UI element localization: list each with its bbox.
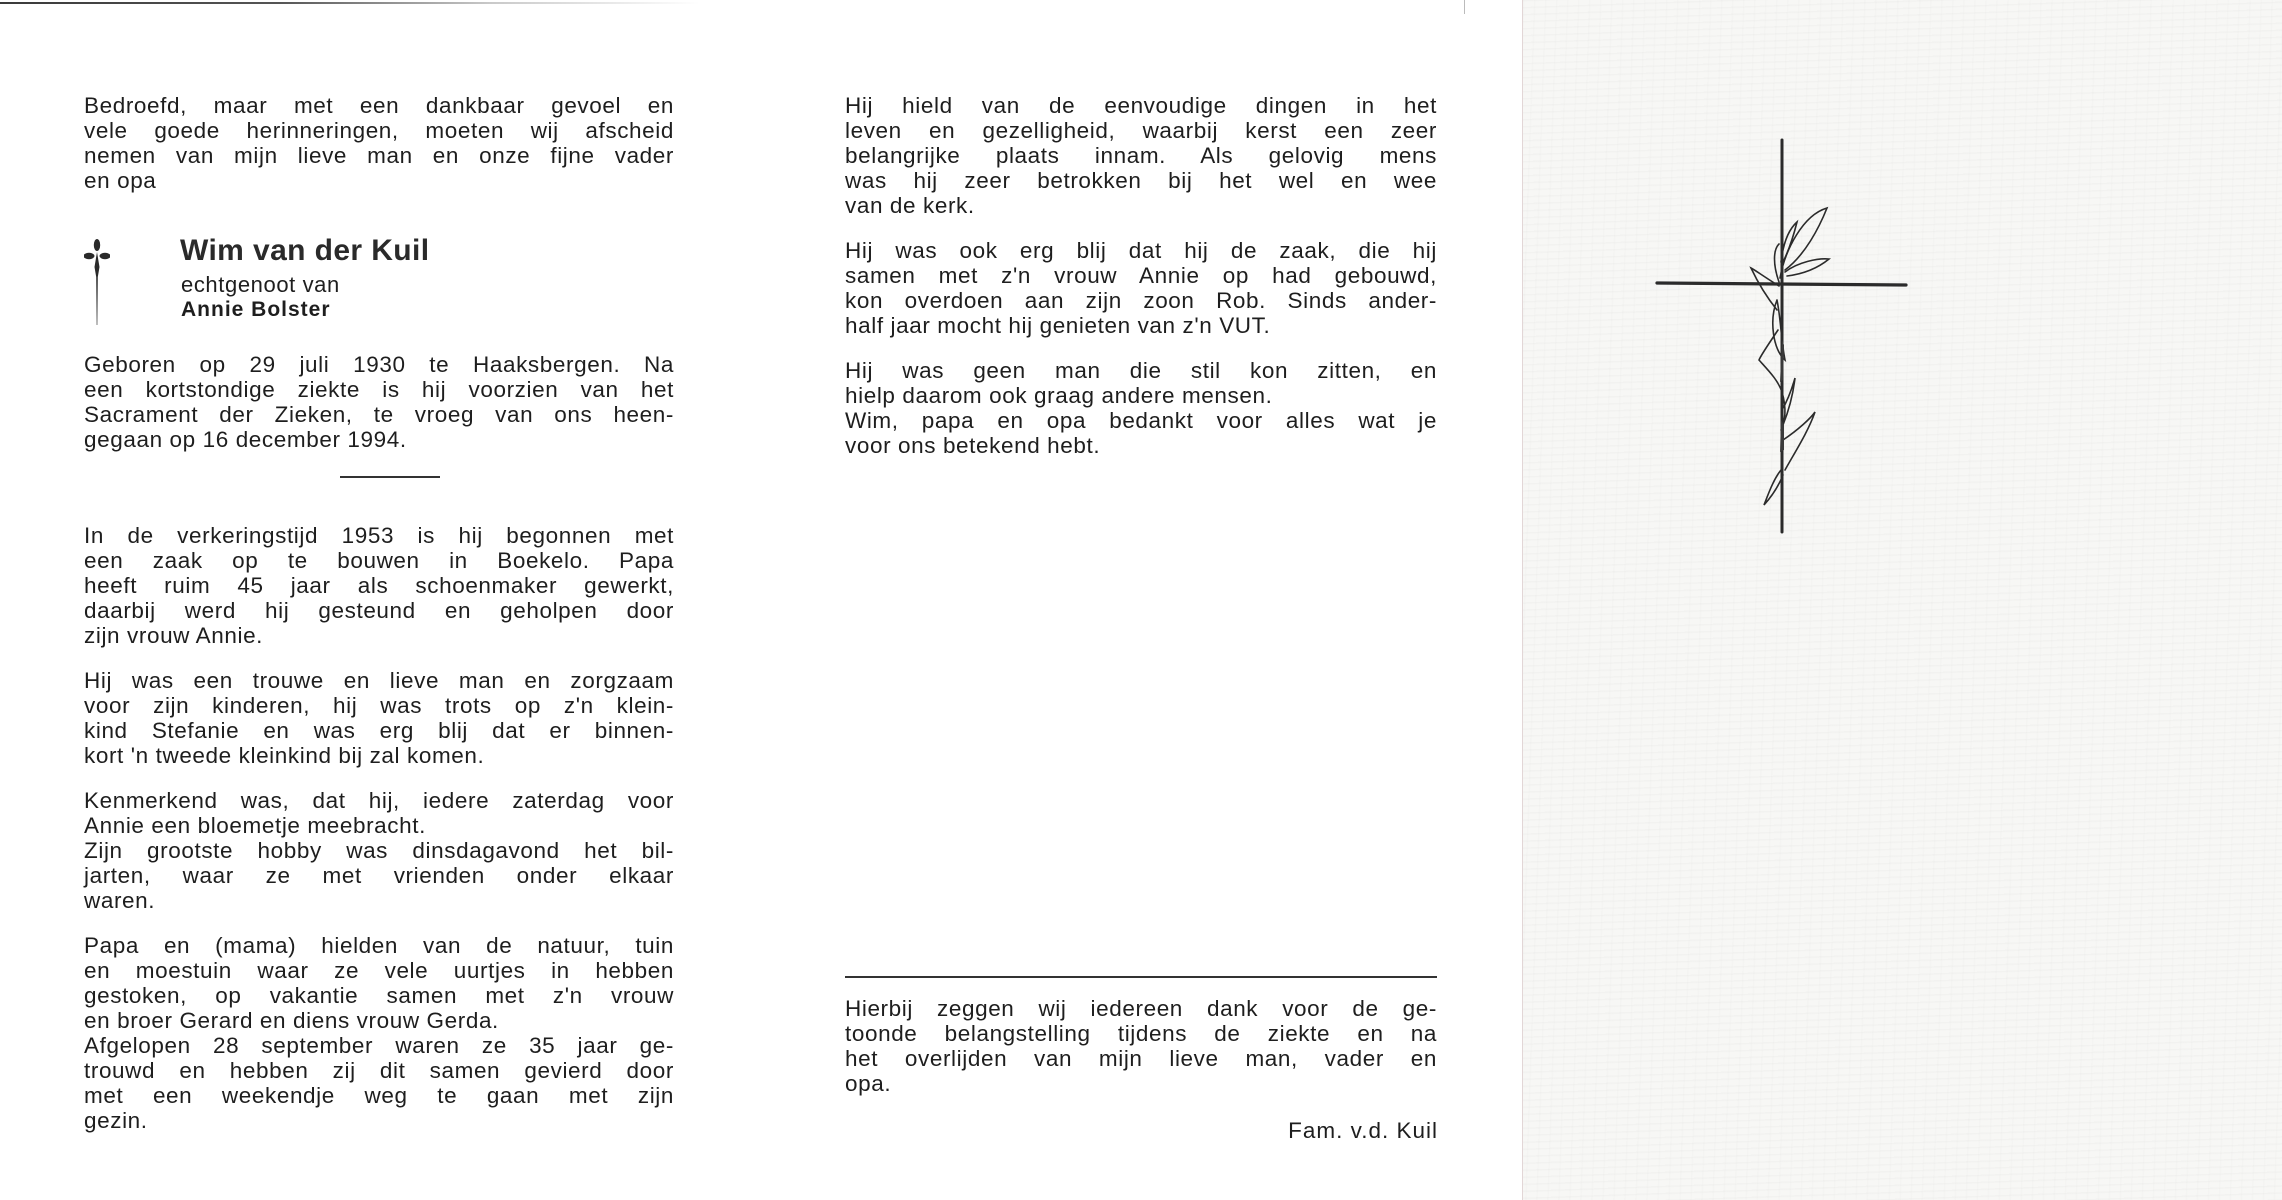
text-line: het overlijden van mijn lieve man, vader… [845,1046,1437,1071]
text-line: Hij hield van de eenvoudige dingen in he… [845,93,1437,118]
text-line: gezin. [84,1108,674,1133]
text-line: kon overdoen aan zijn zoon Rob. Sinds an… [845,288,1437,313]
text-line: gestoken, op vakantie samen met z'n vrou… [84,983,674,1008]
text-line: half jaar mocht hij genieten van z'n VUT… [845,313,1437,338]
middle-paragraph: Hij was ook erg blij dat hij de zaak, di… [845,238,1437,338]
spouse-prefix: echtgenoot van [181,272,340,297]
text-line: en moestuin waar ze vele uurtjes in hebb… [84,958,674,983]
deceased-name: Wim van der Kuil [180,235,430,267]
text-line: In de verkeringstijd 1953 is hij begonne… [84,523,674,548]
text-line: Hij was een trouwe en lieve man en zorgz… [84,668,674,693]
birth-death-paragraph: Geboren op 29 juli 1930 te Haaksbergen. … [84,352,674,452]
text-line: Geboren op 29 juli 1930 te Haaksbergen. … [84,352,674,377]
left-paragraph: In de verkeringstijd 1953 is hij begonne… [84,523,674,648]
middle-paragraph: Hij was geen man die stil kon zitten, en… [845,358,1437,458]
text-line: daarbij werd hij gesteund en geholpen do… [84,598,674,623]
text-line: een kortstondige ziekte is hij voorzien … [84,377,674,402]
text-line: was hij zeer betrokken bij het wel en we… [845,168,1437,193]
text-line: vele goede herinneringen, moeten wij afs… [84,118,674,143]
text-line: belangrijke plaats innam. Als gelovig me… [845,143,1437,168]
deceased-heading: Wim van der Kuil echtgenoot van Annie Bo… [84,235,674,330]
text-line: Sacrament der Zieken, te vroeg van ons h… [84,402,674,427]
left-paragraph: Hij was een trouwe en lieve man en zorgz… [84,668,674,768]
text-line: Kenmerkend was, dat hij, iedere zaterdag… [84,788,674,813]
left-column: Bedroefd, maar met een dankbaar gevoel e… [84,93,674,1133]
top-edge-rule [0,2,700,4]
middle-column: Hij hield van de eenvoudige dingen in he… [845,93,1437,458]
text-line: Bedroefd, maar met een dankbaar gevoel e… [84,93,674,118]
left-paragraph: Papa en (mama) hielden van de natuur, tu… [84,933,674,1133]
text-line: leven en gezelligheid, waarbij kerst een… [845,118,1437,143]
thanks-paragraph: Hierbij zeggen wij iedereen dank voor de… [845,996,1437,1096]
text-line: en opa [84,168,674,193]
fold-mark [1464,0,1465,14]
text-line: Hierbij zeggen wij iedereen dank voor de… [845,996,1437,1021]
text-line: waren. [84,888,674,913]
text-line: Annie een bloemetje meebracht. [84,813,674,838]
text-line: voor ons betekend hebt. [845,433,1437,458]
text-line: toonde belangstelling tijdens de ziekte … [845,1021,1437,1046]
spouse-name: Annie Bolster [181,297,331,322]
text-line: Hij was ook erg blij dat hij de zaak, di… [845,238,1437,263]
text-line: voor zijn kinderen, hij was trots op z'n… [84,693,674,718]
text-line: een zaak op te bouwen in Boekelo. Papa [84,548,674,573]
text-line: opa. [845,1071,1437,1096]
text-line: trouwd en hebben zij dit samen gevierd d… [84,1058,674,1083]
text-line: heeft ruim 45 jaar als schoenmaker gewer… [84,573,674,598]
text-line: gegaan op 16 december 1994. [84,427,674,452]
text-line: Afgelopen 28 september waren ze 35 jaar … [84,1033,674,1058]
text-line: kind Stefanie en was erg blij dat er bin… [84,718,674,743]
text-line: Papa en (mama) hielden van de natuur, tu… [84,933,674,958]
card-front-panel [1522,0,2282,1200]
signature: Fam. v.d. Kuil [1288,1118,1438,1144]
text-line: jarten, waar ze met vrienden onder elkaa… [84,863,674,888]
text-line: en broer Gerard en diens vrouw Gerda. [84,1008,674,1033]
text-line: zijn vrouw Annie. [84,623,674,648]
cross-icon [84,237,110,327]
text-line: Zijn grootste hobby was dinsdagavond het… [84,838,674,863]
middle-paragraph: Hij hield van de eenvoudige dingen in he… [845,93,1437,218]
cross-with-branch-icon [1523,0,2282,1200]
text-line: samen met z'n vrouw Annie op had gebouwd… [845,263,1437,288]
thanks-divider [845,976,1437,978]
text-line: Wim, papa en opa bedankt voor alles wat … [845,408,1437,433]
intro-paragraph: Bedroefd, maar met een dankbaar gevoel e… [84,93,674,193]
text-line: met een weekendje weg te gaan met zijn [84,1083,674,1108]
text-line: hielp daarom ook graag andere mensen. [845,383,1437,408]
left-paragraph: Kenmerkend was, dat hij, iedere zaterdag… [84,788,674,913]
text-line: nemen van mijn lieve man en onze fijne v… [84,143,674,168]
text-line: kort 'n tweede kleinkind bij zal komen. [84,743,674,768]
text-line: Hij was geen man die stil kon zitten, en [845,358,1437,383]
text-line: van de kerk. [845,193,1437,218]
